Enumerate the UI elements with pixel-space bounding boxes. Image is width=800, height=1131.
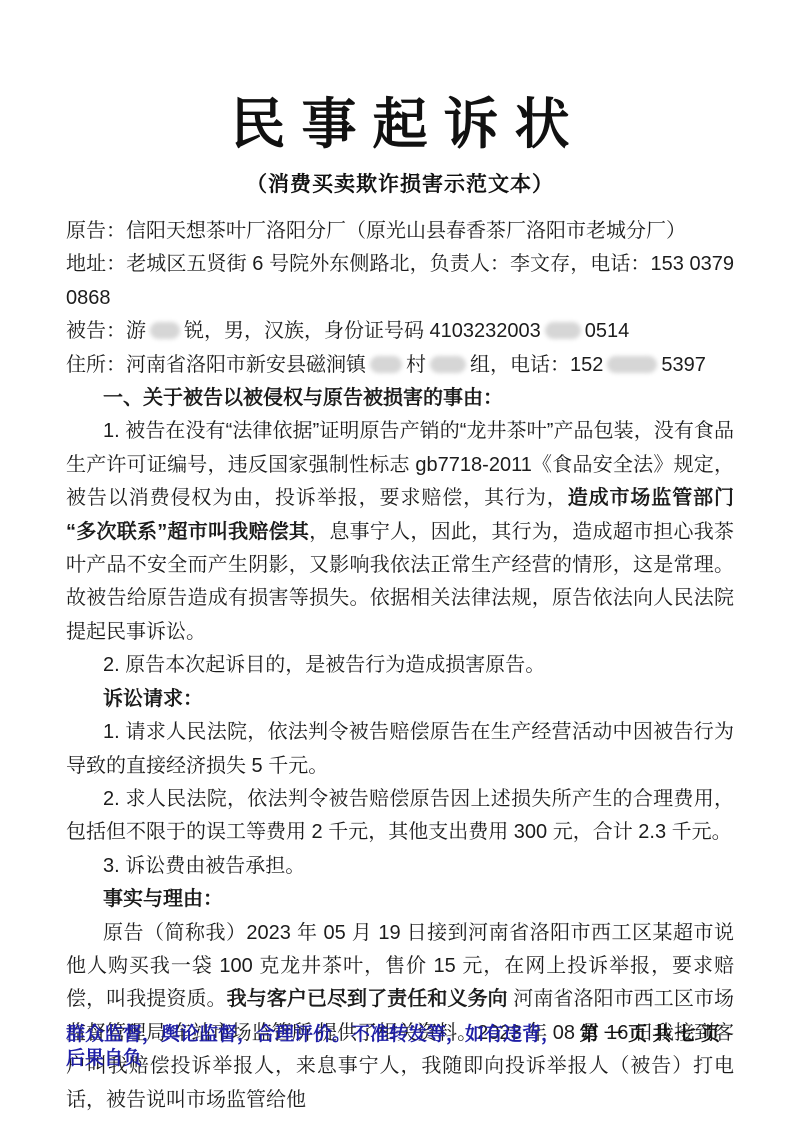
document-subtitle: （消费买卖欺诈损害示范文本） <box>0 172 800 198</box>
redaction-blur <box>545 322 581 339</box>
page-number-indicator: 第 一 页 共 七 页 <box>566 1023 720 1047</box>
text-run: 0514 <box>585 320 630 342</box>
redaction-blur <box>430 356 466 373</box>
text-run: 村 <box>406 354 426 376</box>
text-run: 地址：老城区五贤街 6 号院外东侧路北，负责人：李文存，电话：153 0379 … <box>66 253 734 308</box>
paragraph: 住所：河南省洛阳市新安县磁涧镇村组，电话：1525397 <box>66 349 734 382</box>
text-run-bold: 一、关于被告以被侵权与原告被损害的事由： <box>103 387 503 409</box>
redaction-blur <box>370 356 402 373</box>
redaction-blur <box>607 356 657 373</box>
text-run: 1. 请求人民法院，依法判令被告赔偿原告在生产经营活动中因被告行为导致的直接经济… <box>66 721 734 776</box>
text-run: 组，电话：152 <box>470 354 603 376</box>
paragraph: 原告（简称我）2023 年 05 月 19 日接到河南省洛阳市西工区某超市说他人… <box>66 917 734 1117</box>
document-title: 民事起诉状 <box>0 0 800 156</box>
paragraph: 诉讼请求： <box>66 683 734 716</box>
text-run: 锐，男，汉族，身份证号码 4103232003 <box>184 320 541 342</box>
text-run: 被告：游 <box>66 320 146 342</box>
text-run: 2. 原告本次起诉目的，是被告行为造成损害原告。 <box>103 654 545 676</box>
document-body: 原告：信阳天想茶叶厂洛阳分厂（原光山县春香茶厂洛阳市老城分厂）地址：老城区五贤街… <box>0 198 800 1117</box>
paragraph: 2. 求人民法院，依法判令被告赔偿原告因上述损失所产生的合理费用，包括但不限于的… <box>66 783 734 850</box>
document-page: 民事起诉状 （消费买卖欺诈损害示范文本） 原告：信阳天想茶叶厂洛阳分厂（原光山县… <box>0 0 800 1131</box>
text-run-bold: 事实与理由： <box>103 888 223 910</box>
paragraph: 一、关于被告以被侵权与原告被损害的事由： <box>66 382 734 415</box>
text-run-bold: 诉讼请求： <box>103 688 203 710</box>
text-run: 住所：河南省洛阳市新安县磁涧镇 <box>66 354 366 376</box>
paragraph: 事实与理由： <box>66 883 734 916</box>
paragraph: 1. 请求人民法院，依法判令被告赔偿原告在生产经营活动中因被告行为导致的直接经济… <box>66 716 734 783</box>
text-run: 原告：信阳天想茶叶厂洛阳分厂（原光山县春香茶厂洛阳市老城分厂） <box>66 220 686 242</box>
paragraph: 地址：老城区五贤街 6 号院外东侧路北，负责人：李文存，电话：153 0379 … <box>66 248 734 315</box>
paragraph: 原告：信阳天想茶叶厂洛阳分厂（原光山县春香茶厂洛阳市老城分厂） <box>66 215 734 248</box>
footer-notice: 群众监督，舆论监督，合理评价。不准转发等，如有违背，后果自负 <box>66 1023 566 1071</box>
paragraph: 1. 被告在没有“法律依据”证明原告产销的“龙井茶叶”产品包装，没有食品生产许可… <box>66 415 734 649</box>
paragraph: 2. 原告本次起诉目的，是被告行为造成损害原告。 <box>66 649 734 682</box>
text-run: 2. 求人民法院，依法判令被告赔偿原告因上述损失所产生的合理费用，包括但不限于的… <box>66 788 734 843</box>
redaction-blur <box>150 322 180 339</box>
text-run-bold: 我与客户已尽到了责任和义务向 <box>227 988 508 1010</box>
text-run: 5397 <box>661 354 706 376</box>
text-run: 3. 诉讼费由被告承担。 <box>103 855 305 877</box>
paragraph: 被告：游锐，男，汉族，身份证号码 41032320030514 <box>66 315 734 348</box>
page-footer: 群众监督，舆论监督，合理评价。不准转发等，如有违背，后果自负 第 一 页 共 七… <box>66 1023 720 1071</box>
paragraph: 3. 诉讼费由被告承担。 <box>66 850 734 883</box>
